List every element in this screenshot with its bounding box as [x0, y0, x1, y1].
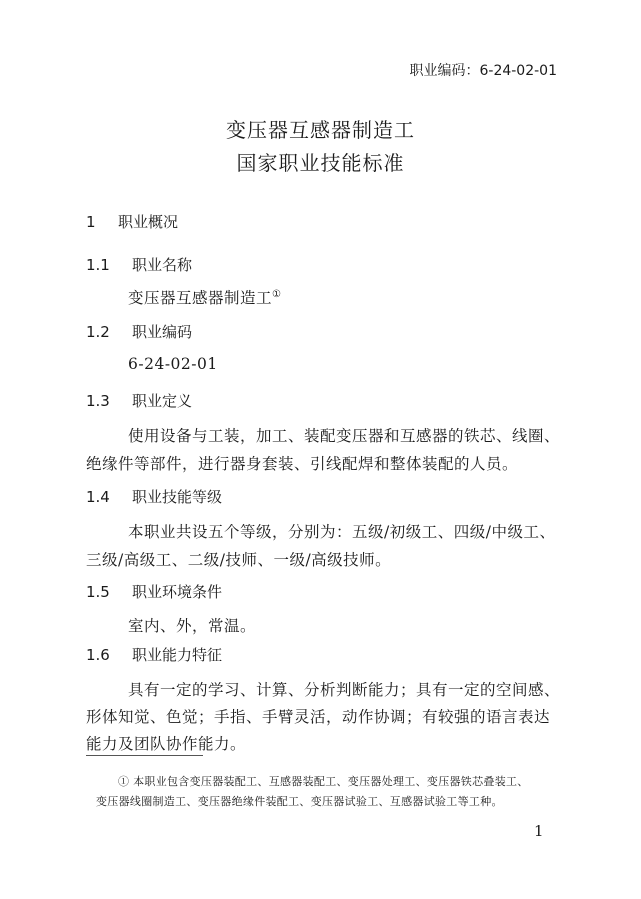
- section-1-2-heading: 1.2职业编码: [86, 321, 192, 342]
- section-number: 1.2: [86, 323, 132, 341]
- footnote-line-2: 变压器线圈制造工、变压器绝缘件装配工、变压器试验工、互感器试验工等工种。: [96, 793, 503, 809]
- definition-line-1: 使用设备与工装，加工、装配变压器和互感器的铁芯、线圈、: [128, 424, 560, 446]
- page-number: 1: [534, 822, 544, 840]
- section-title: 职业能力特征: [132, 646, 222, 664]
- occupation-code: 6-24-02-01: [128, 355, 218, 373]
- skill-levels-line-1: 本职业共设五个等级，分别为：五级/初级工、四级/中级工、: [128, 520, 555, 542]
- title-line-2: 国家职业技能标准: [0, 147, 641, 176]
- occupation-name-text: 变压器互感器制造工: [128, 289, 272, 307]
- title-line-1: 变压器互感器制造工: [0, 114, 641, 143]
- section-title: 职业技能等级: [132, 488, 222, 506]
- occupation-code-header: 职业编码：6-24-02-01: [0, 60, 557, 80]
- footnote-divider: [86, 755, 203, 756]
- section-title: 职业概况: [118, 213, 178, 231]
- section-1-6-heading: 1.6职业能力特征: [86, 644, 222, 665]
- section-1-4-heading: 1.4职业技能等级: [86, 486, 222, 507]
- definition-line-2: 绝缘件等部件，进行器身套装、引线配焊和整体装配的人员。: [86, 452, 518, 474]
- ability-line-3: 能力及团队协作能力。: [86, 732, 246, 754]
- section-1-3-heading: 1.3职业定义: [86, 390, 192, 411]
- section-number: 1.1: [86, 256, 132, 274]
- environment-conditions: 室内、外，常温。: [128, 614, 256, 636]
- footnote-ref: ①: [272, 289, 281, 300]
- section-1-5-heading: 1.5职业环境条件: [86, 581, 222, 602]
- section-title: 职业定义: [132, 392, 192, 410]
- section-number: 1: [86, 213, 118, 231]
- section-title: 职业环境条件: [132, 583, 222, 601]
- section-title: 职业编码: [132, 323, 192, 341]
- occupation-name: 变压器互感器制造工①: [128, 286, 281, 308]
- section-1-heading: 1职业概况: [86, 211, 178, 232]
- section-number: 1.6: [86, 646, 132, 664]
- section-number: 1.4: [86, 488, 132, 506]
- footnote-line-1: ① 本职业包含变压器装配工、互感器装配工、变压器处理工、变压器铁芯叠装工、: [118, 773, 529, 789]
- section-1-1-heading: 1.1职业名称: [86, 254, 192, 275]
- skill-levels-line-2: 三级/高级工、二级/技师、一级/高级技师。: [86, 548, 391, 570]
- ability-line-1: 具有一定的学习、计算、分析判断能力；具有一定的空间感、: [128, 678, 560, 700]
- ability-line-2: 形体知觉、色觉；手指、手臂灵活，动作协调；有较强的语言表达: [86, 705, 550, 727]
- section-number: 1.5: [86, 583, 132, 601]
- section-title: 职业名称: [132, 256, 192, 274]
- section-number: 1.3: [86, 392, 132, 410]
